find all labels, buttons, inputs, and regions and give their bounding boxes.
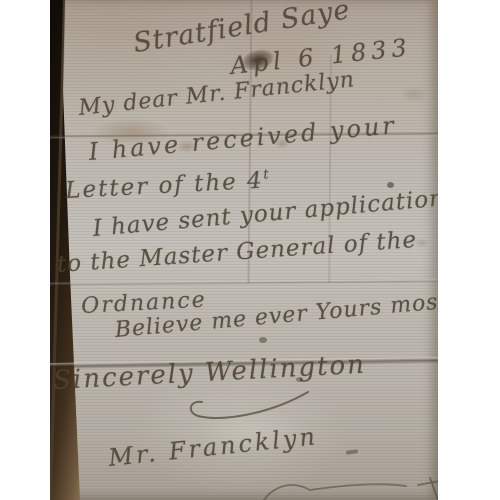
fold-crease-vertical-left bbox=[248, 0, 253, 283]
paper-stain bbox=[296, 377, 303, 382]
photo-stage: Stratfield Saye Apl 6 1833 My dear Mr. F… bbox=[0, 0, 500, 500]
laid-paper-texture bbox=[50, 0, 438, 500]
letter-body-line-4: to the Master General of the bbox=[56, 227, 418, 278]
partial-stroke bbox=[264, 484, 406, 500]
fold-crease-vertical-right bbox=[328, 55, 332, 283]
letter-signature-line: Sincerely Wellington bbox=[52, 350, 366, 396]
letter-docket-line: Mr. Francklyn bbox=[107, 422, 319, 472]
paper-stain bbox=[176, 140, 198, 153]
paper-stain bbox=[274, 138, 290, 149]
letter-closing-line: Believe me ever Yours most bbox=[114, 289, 438, 343]
letter-body-line-1: I have received your bbox=[88, 111, 398, 166]
paper-stain bbox=[259, 337, 267, 343]
fold-crease-lower bbox=[50, 357, 438, 369]
letter-body-line-2: Letter of the 4t bbox=[65, 167, 272, 204]
paper-stain bbox=[387, 182, 394, 188]
cut-off-writing-strokes bbox=[208, 476, 438, 500]
letter-body-line-2-text: Letter of the 4 bbox=[65, 168, 265, 204]
water-stain bbox=[200, 408, 310, 453]
fold-crease-top bbox=[50, 132, 438, 139]
partial-stroke-t bbox=[418, 478, 438, 500]
paper-stain bbox=[414, 238, 429, 248]
letter-body-line-3: I have sent your application bbox=[92, 185, 438, 242]
fold-crease-middle bbox=[50, 279, 438, 285]
letter-date-line: Apl 6 1833 bbox=[229, 33, 413, 80]
letter-place-line: Stratfield Saye bbox=[131, 0, 352, 59]
superscript-t: t bbox=[263, 168, 271, 183]
paper-stain bbox=[92, 118, 170, 146]
letter-photo: Stratfield Saye Apl 6 1833 My dear Mr. F… bbox=[50, 0, 438, 500]
signature-flourish bbox=[130, 388, 320, 426]
ink-dash-mark bbox=[346, 449, 358, 455]
letter-body-line-5: Ordnance bbox=[81, 287, 208, 319]
letter-salutation-line: My dear Mr. Francklyn bbox=[77, 67, 356, 121]
ink-blot bbox=[240, 46, 276, 73]
paper-stain bbox=[400, 86, 428, 103]
